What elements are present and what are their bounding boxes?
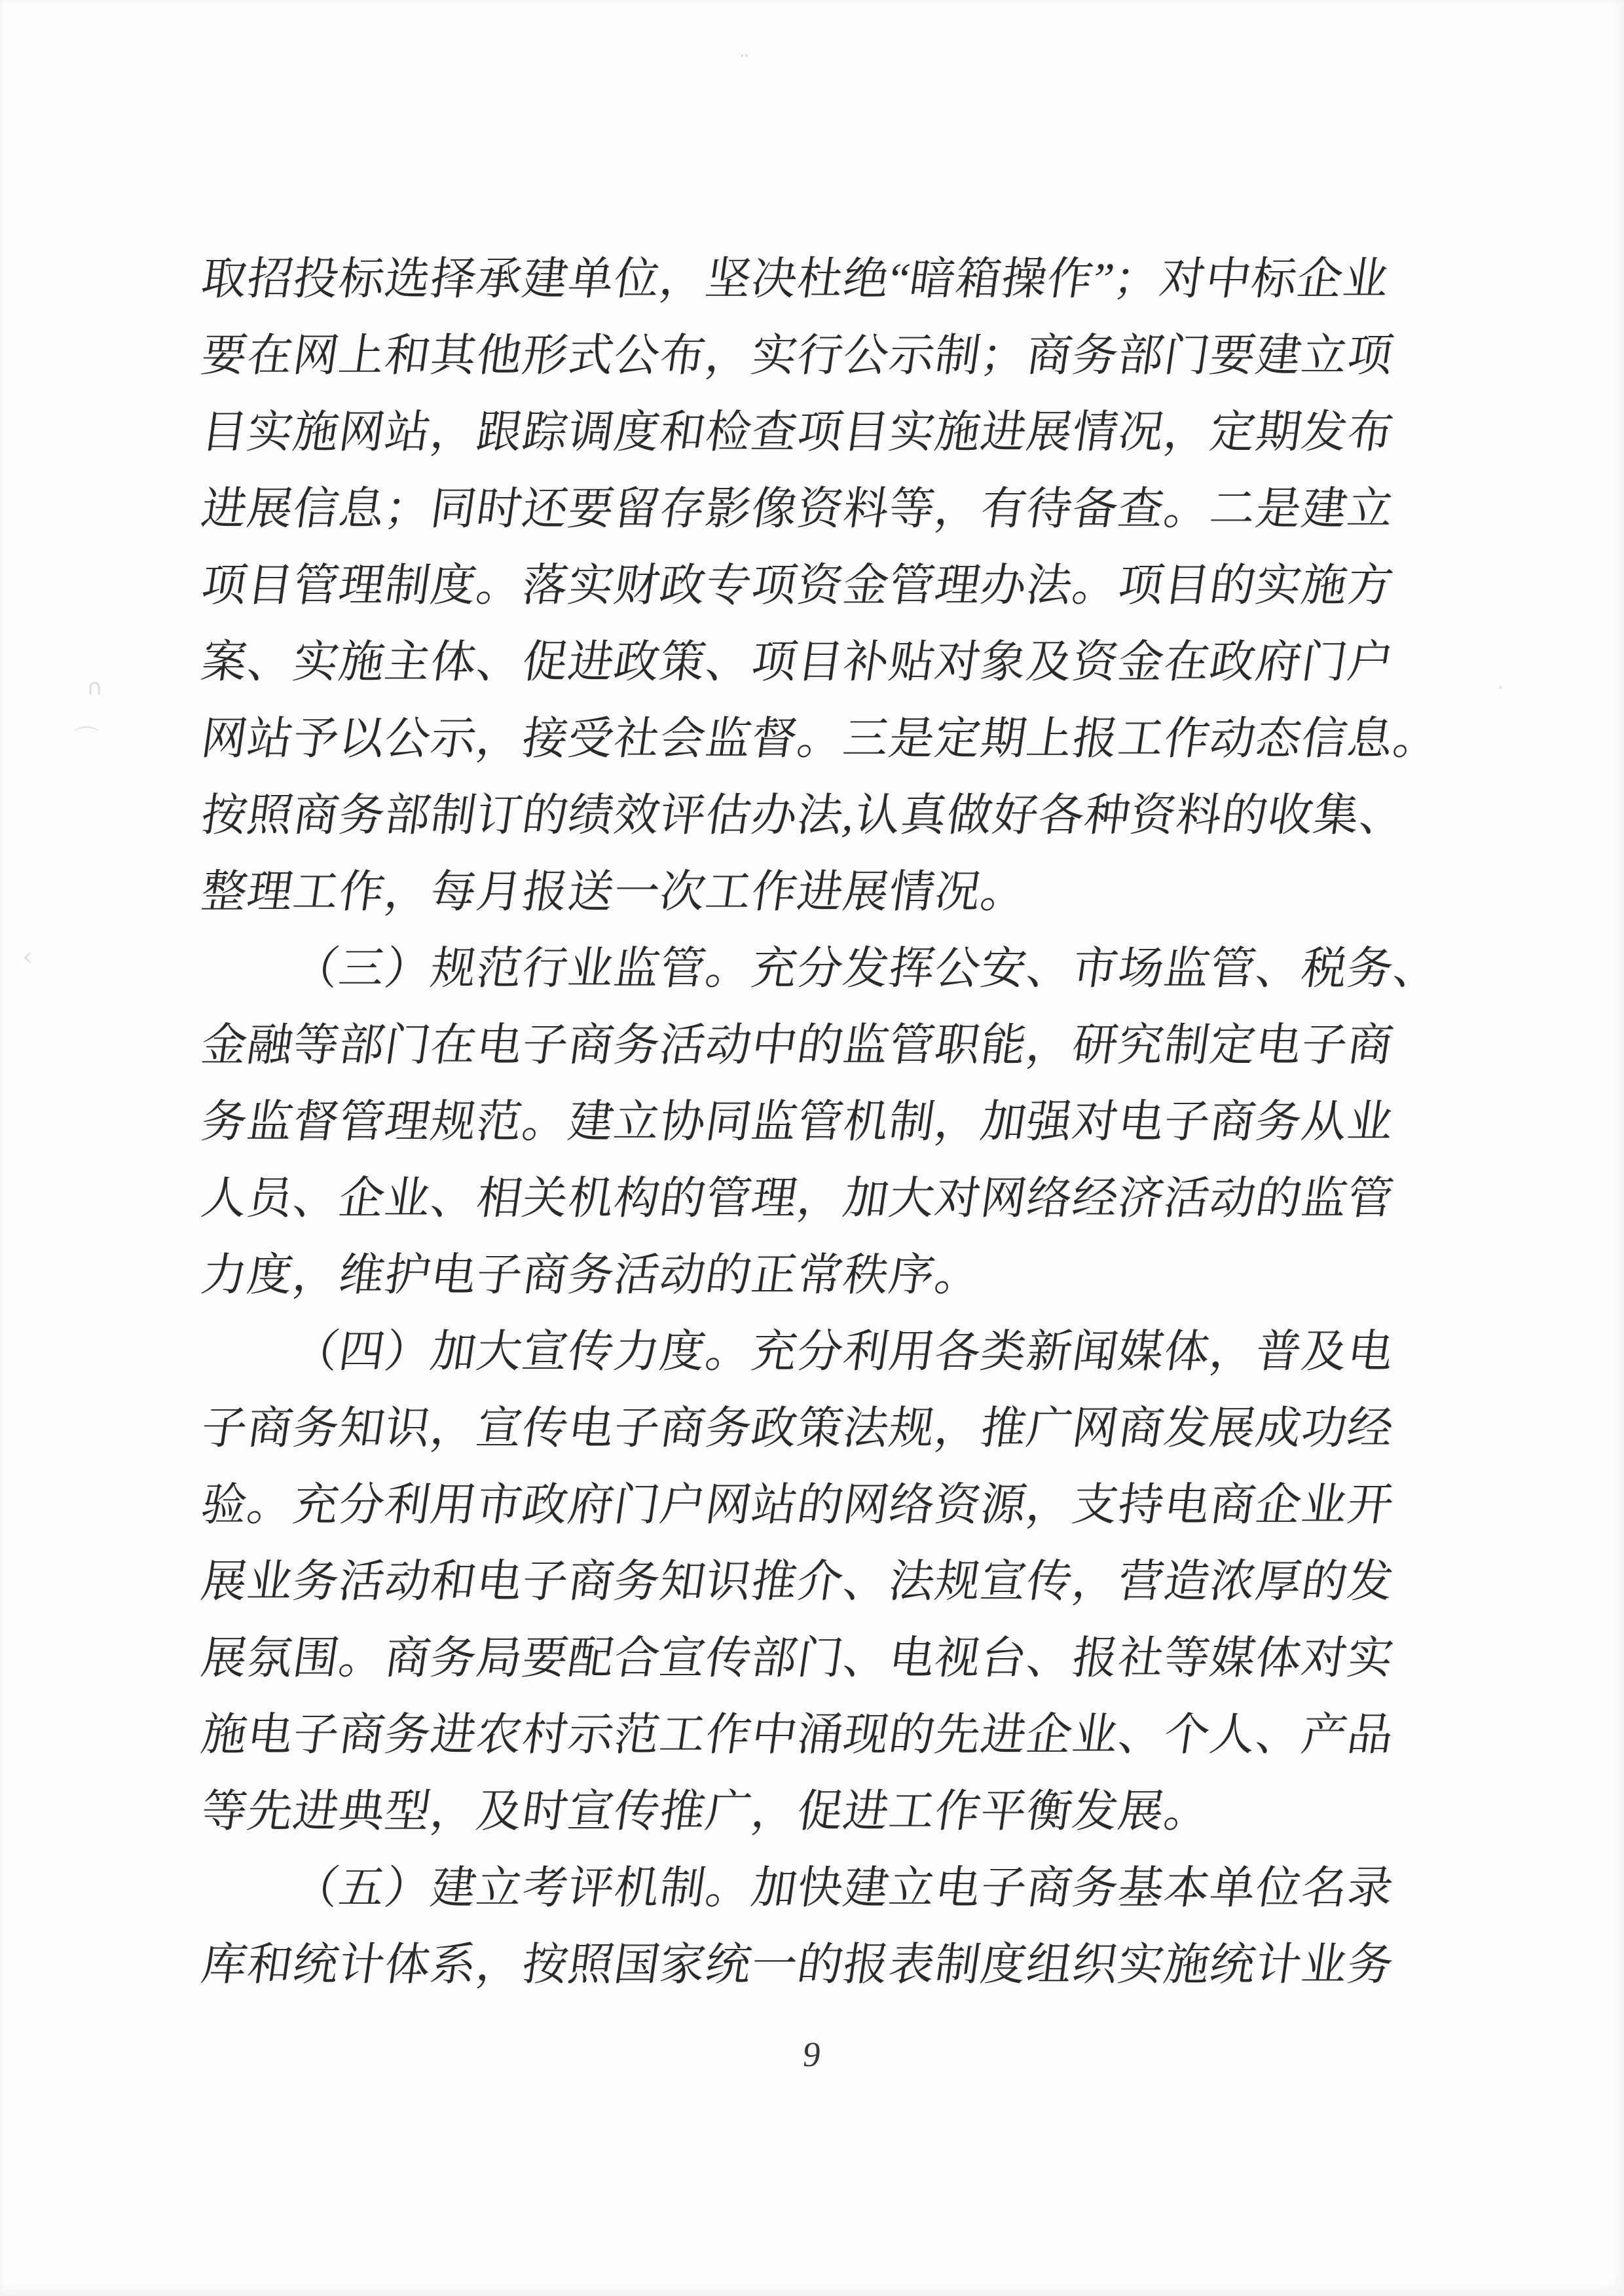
scan-artifact-mark: · xyxy=(1497,675,1504,701)
text-line: 案、实施主体、促进政策、项目补贴对象及资金在政府门户 xyxy=(196,624,1451,701)
text-line: （五）建立考评机制。加快建立电子商务基本单位名录 xyxy=(196,1850,1451,1927)
text-line: 要在网上和其他形式公布，实行公示制；商务部门要建立项 xyxy=(196,318,1451,394)
document-body: 取招投标选择承建单位，坚决杜绝“暗箱操作”；对中标企业要在网上和其他形式公布，实… xyxy=(202,241,1446,2003)
scan-artifact-mark: ¨ xyxy=(739,51,750,77)
scan-artifact-mark: ∩ xyxy=(86,675,103,701)
text-line: 务监督管理规范。建立协同监管机制，加强对电子商务从业 xyxy=(196,1084,1451,1160)
text-line: 力度，维护电子商务活动的正常秩序。 xyxy=(196,1237,1451,1314)
text-line: 金融等部门在电子商务活动中的监管职能，研究制定电子商 xyxy=(196,1007,1451,1084)
scan-artifact-mark: ‹ xyxy=(22,942,33,972)
text-line: 进展信息；同时还要留存影像资料等，有待备查。二是建立 xyxy=(196,471,1451,547)
text-line: （三）规范行业监管。充分发挥公安、市场监管、税务、 xyxy=(196,931,1451,1007)
text-line: 施电子商务进农村示范工作中涌现的先进企业、个人、产品 xyxy=(196,1697,1451,1773)
text-line: 人员、企业、相关机构的管理，加大对网络经济活动的监管 xyxy=(196,1160,1451,1237)
text-line: 目实施网站，跟踪调度和检查项目实施进展情况，定期发布 xyxy=(196,394,1451,471)
text-line: 展氛围。商务局要配合宣传部门、电视台、报社等媒体对实 xyxy=(196,1620,1451,1697)
text-line: 按照商务部制订的绩效评估办法,认真做好各种资料的收集、 xyxy=(196,777,1451,854)
scan-artifact-mark: ⌒ xyxy=(73,719,100,756)
text-line: 展业务活动和电子商务知识推介、法规宣传，营造浓厚的发 xyxy=(196,1544,1451,1620)
text-line: 验。充分利用市政府门户网站的网络资源，支持电商企业开 xyxy=(196,1467,1451,1544)
text-line: 网站予以公示，接受社会监督。三是定期上报工作动态信息。 xyxy=(196,701,1451,777)
page-number: 9 xyxy=(0,2031,1624,2077)
text-line: 等先进典型，及时宣传推广，促进工作平衡发展。 xyxy=(196,1773,1451,1850)
text-line: 子商务知识，宣传电子商务政策法规，推广网商发展成功经 xyxy=(196,1390,1451,1467)
text-line: 项目管理制度。落实财政专项资金管理办法。项目的实施方 xyxy=(196,547,1451,624)
text-line: 取招投标选择承建单位，坚决杜绝“暗箱操作”；对中标企业 xyxy=(196,241,1451,318)
text-line: 整理工作，每月报送一次工作进展情况。 xyxy=(196,854,1451,931)
document-page: 取招投标选择承建单位，坚决杜绝“暗箱操作”；对中标企业要在网上和其他形式公布，实… xyxy=(0,0,1624,2296)
text-line: 库和统计体系，按照国家统一的报表制度组织实施统计业务 xyxy=(196,1927,1451,2003)
text-line: （四）加大宣传力度。充分利用各类新闻媒体，普及电 xyxy=(196,1314,1451,1390)
